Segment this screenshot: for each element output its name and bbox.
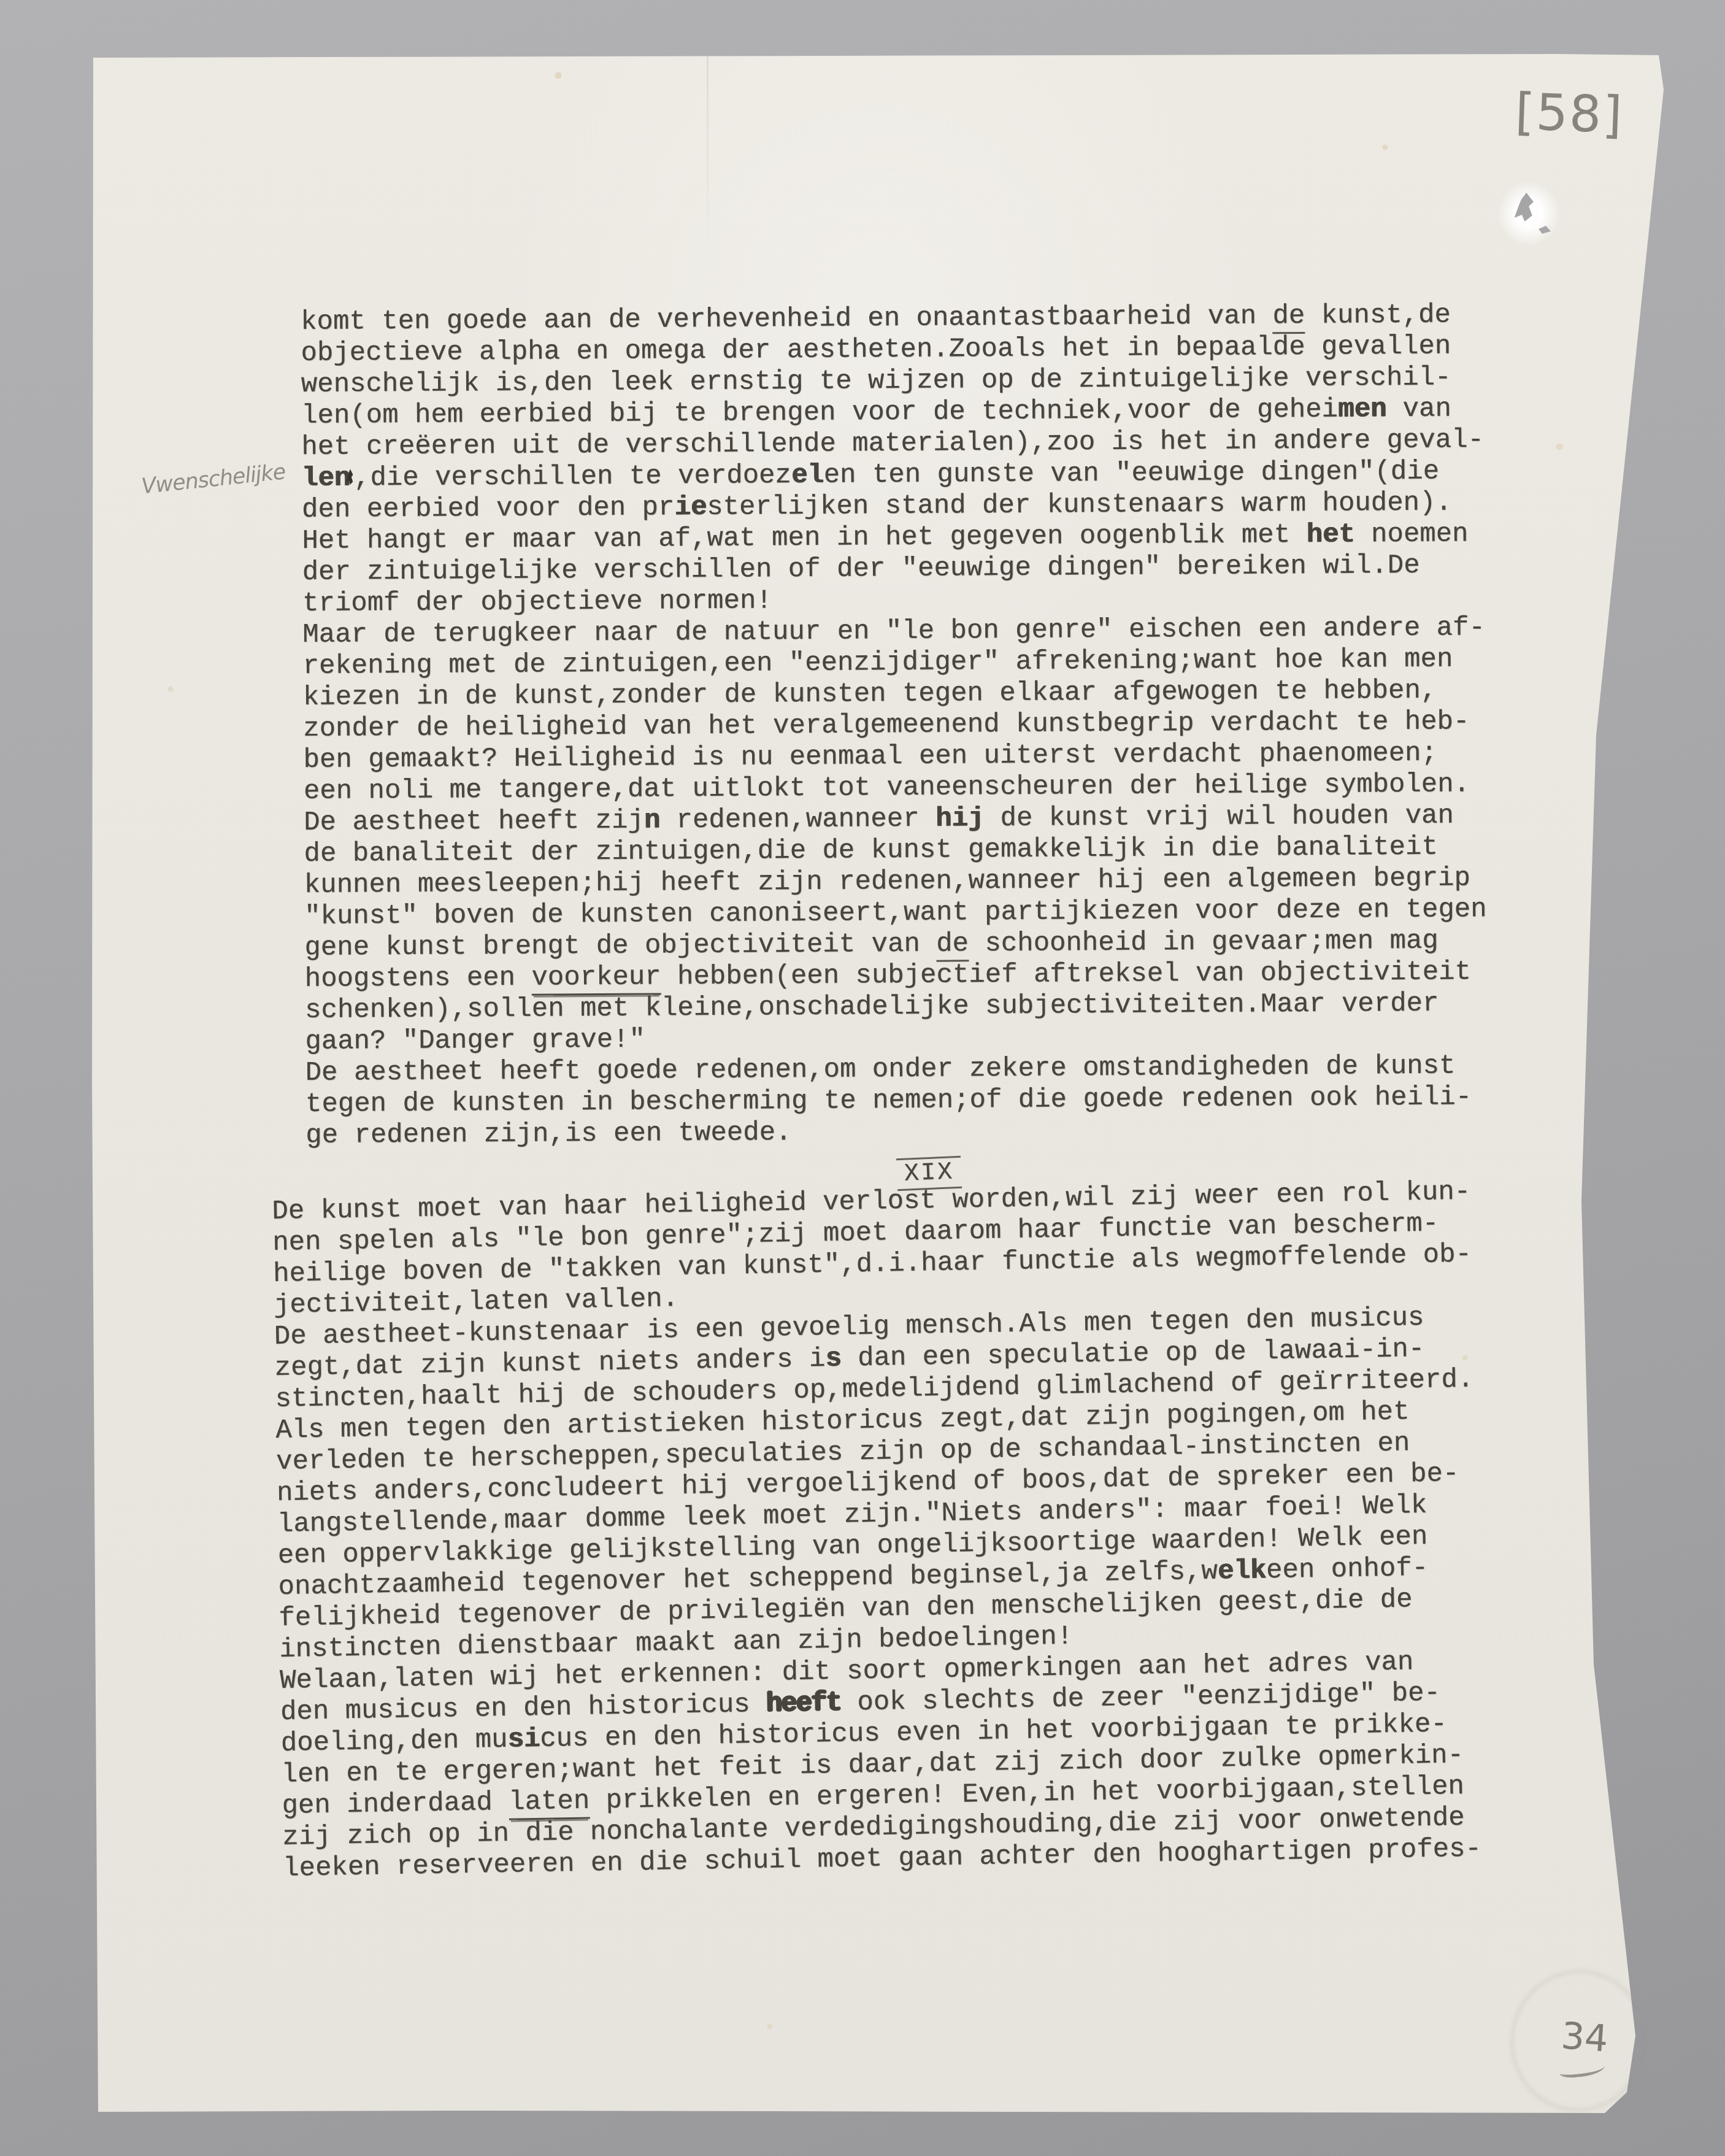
text-segment: hebben(een subjectief aftreksel van obje…	[661, 957, 1470, 992]
text-segment: ie	[674, 492, 707, 523]
text-segment: ge redenen zijn,is een tweede.	[305, 1117, 791, 1151]
typed-paragraph-block-top: komt ten goede aan de verhevenheid en on…	[301, 299, 1488, 1152]
text-segment: kunst,de	[1305, 300, 1451, 331]
text-segment: schoonheid in gevaar;men mag	[969, 926, 1439, 960]
text-segment: s	[825, 1344, 842, 1374]
text-segment: si	[507, 1724, 540, 1755]
text-segment: den eerbied voor den pr	[302, 492, 675, 525]
text-segment: en ten gunste van "eeuwige dingen"(die	[823, 456, 1439, 491]
text-segment: elk	[1217, 1555, 1266, 1587]
text-segment: De aestheet heeft zij	[304, 806, 644, 838]
text-segment: sterlijken stand der kunstenaars warm ho…	[707, 488, 1452, 523]
text-segment: het	[1306, 520, 1355, 550]
text-segment: Het hangt er maar van af,wat men in het …	[302, 520, 1306, 556]
text-segment: men	[1338, 394, 1387, 425]
text-segment: ,die verschillen te verdoez	[354, 460, 791, 493]
text-segment: noemen	[1354, 518, 1468, 550]
text-segment: laten	[509, 1786, 590, 1820]
text-segment: de	[936, 928, 969, 961]
scanned-typewritten-page: { "doc": { "annotations": { "corner_numb…	[0, 0, 1725, 2156]
text-segment: hoogstens een	[305, 963, 532, 995]
text-segment: len(om hem eerbied bij te brengen voor d…	[301, 395, 1338, 431]
text-segment: len	[302, 463, 351, 494]
text-segment: hij	[935, 803, 985, 834]
text-segment: gene kunst brengt de objectiviteit van	[304, 929, 936, 963]
text-segment: voorkeur	[531, 961, 661, 995]
text-segment: de	[1272, 301, 1305, 334]
text-segment: redenen,wanneer	[660, 804, 935, 836]
text-segment: de kunst vrij wil houden van	[984, 801, 1454, 834]
text-segment: el	[791, 460, 824, 491]
text-segment: gen inderdaad	[282, 1787, 509, 1822]
text-segment: komt ten goede aan de verhevenheid en on…	[301, 301, 1273, 337]
text-segment: van	[1386, 394, 1451, 425]
handwritten-page-number: 34	[1560, 2014, 1610, 2060]
text-segment: een onhof-	[1266, 1553, 1429, 1586]
typed-paragraph-block-bottom: De kunst moet van haar heiligheid verlos…	[272, 1177, 1481, 1885]
text-segment: heeft	[766, 1688, 842, 1720]
text-segment: gaan? "Danger grave!"	[305, 1025, 645, 1057]
paper-crease	[707, 54, 709, 256]
text-segment: n	[644, 805, 660, 836]
text-segment: doeling,den mu	[280, 1725, 507, 1759]
text-segment: triomf der objectieve normen!	[302, 585, 772, 619]
archival-corner-number: [58]	[1514, 83, 1624, 145]
